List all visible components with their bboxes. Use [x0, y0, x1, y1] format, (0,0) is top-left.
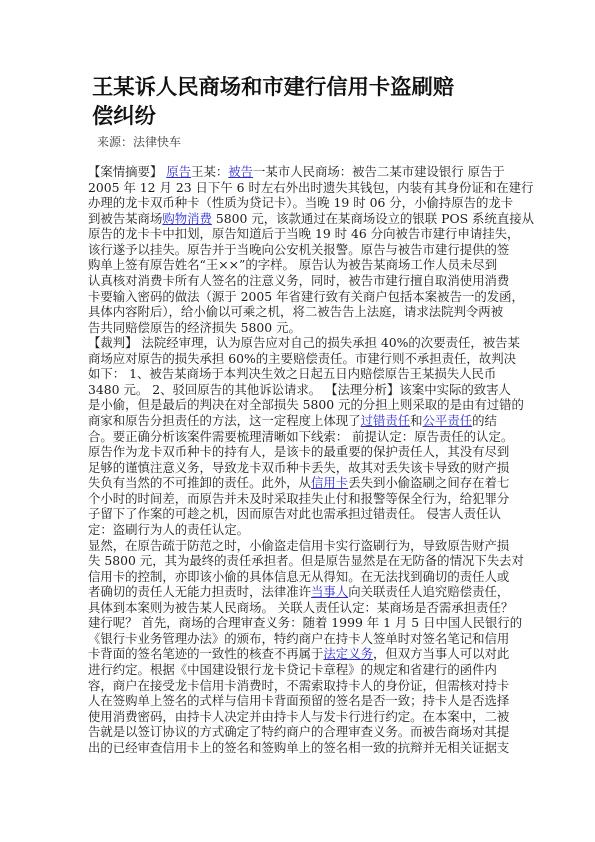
body-line: 进行约定。根据《中国建设银行龙卡贷记卡章程》的规定和省建行的函件内: [88, 662, 508, 678]
body-line: 办理的龙卡双币种卡（性质为贷记卡）。当晚 19 时 06 分，小偷持原告的龙卡: [88, 195, 508, 211]
body-line: 子留下了作案的可趁之机，因而原告对此也需承担过错责任。 侵害人责任认: [88, 506, 508, 522]
link-fair-liability[interactable]: 公平责任: [423, 413, 473, 428]
link-plaintiff[interactable]: 原告: [166, 164, 191, 179]
text-segment: 卡背面的签名笔迹的一致性的核查不再属于: [88, 646, 323, 661]
link-defendant[interactable]: 被告: [228, 164, 253, 179]
body-line: 足够的谨慎注意义务，导致龙卡双币种卡丢失，故其对丢失该卡导致的财产损: [88, 460, 508, 476]
link-party[interactable]: 当事人: [311, 584, 348, 599]
body-line: 个小时的时间差，而原告并未及时采取挂失止付和报警等保全行为，给犯罪分: [88, 491, 508, 507]
text-segment: 5800 元，该款通过在某商场设立的银联 POS 系统直接从: [212, 211, 534, 226]
text-segment: 一某市人民商场：被告二某市建设银行 原告于: [253, 164, 505, 179]
body-line: 失负有当然的不可推卸的责任。此外，从信用卡丢失到小偷盗刷之间存在着七: [88, 475, 508, 491]
body-line: 具体到本案则为被告某人民商场。 关联人责任认定：某商场是否需承担责任？: [88, 600, 508, 616]
body-line: 具体内容附后），给小偷以可乘之机，将二被告告上法庭，请求法院判令两被: [88, 304, 508, 320]
case-summary-heading: 【案情摘要】: [88, 164, 166, 179]
body-line: 商家和原告分担责任的方法，这一定程度上体现了过错责任和公平责任的结: [88, 413, 508, 429]
body-line: 合。要正确分析该案件需要梳理清晰如下线索： 前提认定：原告责任的认定。: [88, 429, 508, 445]
body-line: 到被告某商场购物消费 5800 元，该款通过在某商场设立的银联 POS 系统直接…: [88, 211, 508, 227]
body-line: 使用消费密码，由持卡人决定并由持卡人与发卡行进行约定。在本案中，二被: [88, 709, 508, 725]
legal-analysis-heading-line: 3480 元。 2、驳回原告的其他诉讼请求。 【法理分析】该案中实际的致害人: [88, 382, 508, 398]
body-line: 该行遂予以挂失。原告并于当晚向公安机关报警。原告与被告市建行提供的签: [88, 242, 508, 258]
link-fault-liability[interactable]: 过错责任: [361, 413, 411, 428]
body-line: 原告作为龙卡双币种卡的持有人，是该卡的最重要的保护责任人，其没有尽到: [88, 444, 508, 460]
title-line-1: 王某诉人民商场和市建行信用卡盗刷赔: [92, 73, 454, 102]
body-line: 容，商户在接受龙卡信用卡消费时，不需索取持卡人的身份证，但需核对持卡: [88, 678, 508, 694]
document-page: 王某诉人民商场和市建行信用卡盗刷赔 偿纠纷 来源：法律快车 【案情摘要】 原告王…: [0, 0, 595, 842]
body-line: 者确切的责任人无能力担责时，法律准许当事人向关联责任人追究赔偿责任，: [88, 584, 508, 600]
body-line: 商场应对原告的损失承担 60%的主要赔偿责任。市建行则不承担责任，故判决: [88, 351, 508, 367]
link-shopping-consumption[interactable]: 购物消费: [162, 211, 212, 226]
text-segment: 丢失到小偷盗刷之间存在着七: [348, 475, 509, 490]
body-line: 认真核对消费卡所有人签名的注意义务，同时，被告市建行擅自取消使用消费: [88, 273, 508, 289]
body-line: 原告的龙卡卡中扣划，原告知道后于当晚 19 时 46 分向被告市建行申请挂失，: [88, 226, 508, 242]
text-segment: ，但双方当事人可以对此: [373, 646, 509, 661]
body-line: 告共同赔偿原告的经济损失 5800 元。: [88, 320, 508, 336]
page-title: 王某诉人民商场和市建行信用卡盗刷赔 偿纠纷: [92, 73, 454, 131]
source-value: 法律快车: [133, 135, 181, 149]
body-line: 失 5800 元，其为最终的责任承担者。但是原告显然是在无防备的情况下失去对: [88, 553, 508, 569]
body-line: 如下： 1、被告某商场于本判决生效之日起五日内赔偿原告王某损失人民币: [88, 366, 508, 382]
text-segment: 到被告某商场: [88, 211, 162, 226]
body-line: 2005 年 12 月 23 日下午 6 时左右外出时遗失其钱包，内装有其身份证…: [88, 180, 508, 196]
body-line: 卡背面的签名笔迹的一致性的核查不再属于法定义务，但双方当事人可以对此: [88, 646, 508, 662]
body-line: 人在签购单上签名的式样与信用卡背面预留的签名是否一致；持卡人是否选择: [88, 693, 508, 709]
title-line-2: 偿纠纷: [92, 102, 454, 131]
body-line: 购单上签有原告姓名“王××”的字样。 原告认为被告某商场工作人员未尽到: [88, 257, 508, 273]
text-segment: 和: [410, 413, 422, 428]
article-body: 【案情摘要】 原告王某：被告一某市人民商场：被告二某市建设银行 原告于 2005…: [88, 164, 508, 755]
link-statutory-duty[interactable]: 法定义务: [323, 646, 373, 661]
body-line: 是小偷，但是最后的判决在对全部损失 5800 元的分担上则采取的是由有过错的: [88, 397, 508, 413]
text-segment: 王某：: [191, 164, 228, 179]
body-line: 信用卡的控制，亦即该小偷的具体信息无从得知。在无法找到确切的责任人或: [88, 569, 508, 585]
body-line: 显然，在原告疏于防范之时，小偷盗走信用卡实行盗刷行为，导致原告财产损: [88, 538, 508, 554]
source-label: 来源：: [97, 135, 133, 149]
body-line: 《银行卡业务管理办法》的颁布，特约商户在持卡人签单时对签名笔记和信用: [88, 631, 508, 647]
text-segment: 的结: [472, 413, 497, 428]
text-segment: 向关联责任人追究赔偿责任，: [348, 584, 509, 599]
judgment-heading-line: 【裁判】 法院经审理，认为原告应对自己的损失承担 40%的次要责任，被告某: [88, 335, 508, 351]
text-segment: 失负有当然的不可推卸的责任。此外，从: [88, 475, 311, 490]
body-line: 卡要输入密码的做法（源于 2005 年省建行致有关商户包括本案被告一的发函，: [88, 289, 508, 305]
body-line: 定：盗刷行为人的责任认定。: [88, 522, 508, 538]
text-segment: 商家和原告分担责任的方法，这一定程度上体现了: [88, 413, 361, 428]
body-line: 出的已经审查信用卡上的签名和签购单上的签名相一致的抗辩并无相关证据支: [88, 740, 508, 756]
source-line: 来源：法律快车: [97, 135, 181, 149]
link-credit-card[interactable]: 信用卡: [311, 475, 348, 490]
body-line: 告就是以签订协议的方式确定了特约商户的合理审查义务。而被告商场对其提: [88, 724, 508, 740]
body-line: 【案情摘要】 原告王某：被告一某市人民商场：被告二某市建设银行 原告于: [88, 164, 508, 180]
text-segment: 者确切的责任人无能力担责时，法律准许: [88, 584, 311, 599]
body-line: 建行呢？ 首先，商场的合理审查义务：随着 1999 年 1 月 5 日中国人民银…: [88, 615, 508, 631]
